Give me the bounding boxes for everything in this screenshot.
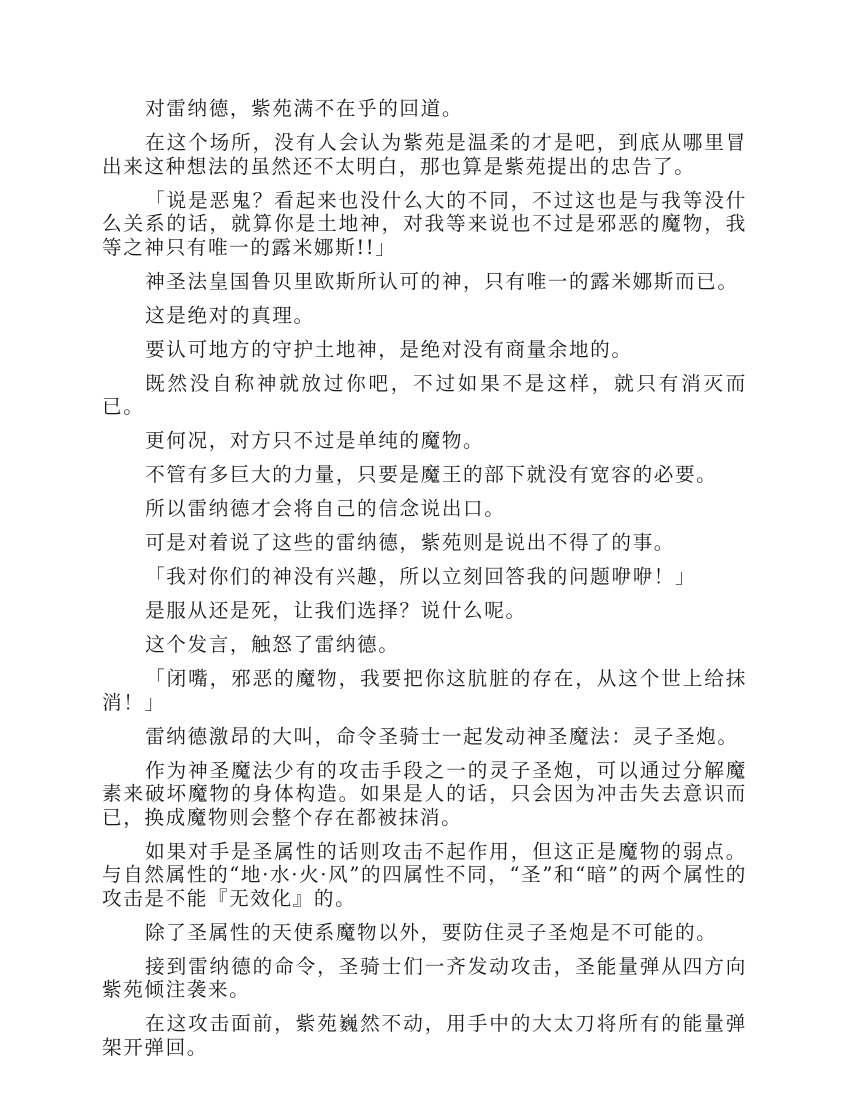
paragraph: 除了圣属性的天使系魔物以外，要防住灵子圣炮是不可能的。 <box>102 921 747 945</box>
paragraph: 雷纳德激昂的大叫，命令圣骑士一起发动神圣魔法：灵子圣炮。 <box>102 725 747 749</box>
paragraph: 对雷纳德，紫苑满不在乎的回道。 <box>102 97 747 121</box>
paragraph: 「我对你们的神没有兴趣，所以立刻回答我的问题咿咿！」 <box>102 565 747 589</box>
paragraph: 是服从还是死，让我们选择？说什么呢。 <box>102 599 747 623</box>
paragraph: 如果对手是圣属性的话则攻击不起作用，但这正是魔物的弱点。与自然属性的“地·水·火… <box>102 840 747 911</box>
paragraph: 既然没自称神就放过你吧，不过如果不是这样，就只有消灭而已。 <box>102 372 747 419</box>
paragraph: 这个发言，触怒了雷纳德。 <box>102 633 747 657</box>
document-page: 对雷纳德，紫苑满不在乎的回道。 在这个场所，没有人会认为紫苑是温柔的才是吧，到底… <box>102 97 747 1070</box>
paragraph: 作为神圣魔法少有的攻击手段之一的灵子圣炮，可以通过分解魔素来破坏魔物的身体构造。… <box>102 759 747 830</box>
paragraph: 可是对着说了这些的雷纳德，紫苑则是说出不得了的事。 <box>102 531 747 555</box>
paragraph: 在这个场所，没有人会认为紫苑是温柔的才是吧，到底从哪里冒出来这种想法的虽然还不太… <box>102 131 747 178</box>
paragraph: 在这攻击面前，紫苑巍然不动，用手中的大太刀将所有的能量弹架开弹回。 <box>102 1012 747 1059</box>
paragraph: 「说是恶鬼？看起来也没什么大的不同，不过这也是与我等没什么关系的话，就算你是土地… <box>102 189 747 260</box>
paragraph: 要认可地方的守护土地神，是绝对没有商量余地的。 <box>102 338 747 362</box>
paragraph: 更何况，对方只不过是单纯的魔物。 <box>102 429 747 453</box>
paragraph: 这是绝对的真理。 <box>102 304 747 328</box>
paragraph: 不管有多巨大的力量，只要是魔王的部下就没有宽容的必要。 <box>102 463 747 487</box>
paragraph: 「闭嘴，邪恶的魔物，我要把你这肮脏的存在，从这个世上给抹消！」 <box>102 667 747 714</box>
paragraph: 接到雷纳德的命令，圣骑士们一齐发动攻击，圣能量弹从四方向紫苑倾注袭来。 <box>102 955 747 1002</box>
paragraph: 所以雷纳德才会将自己的信念说出口。 <box>102 497 747 521</box>
paragraph: 神圣法皇国鲁贝里欧斯所认可的神，只有唯一的露米娜斯而已。 <box>102 270 747 294</box>
